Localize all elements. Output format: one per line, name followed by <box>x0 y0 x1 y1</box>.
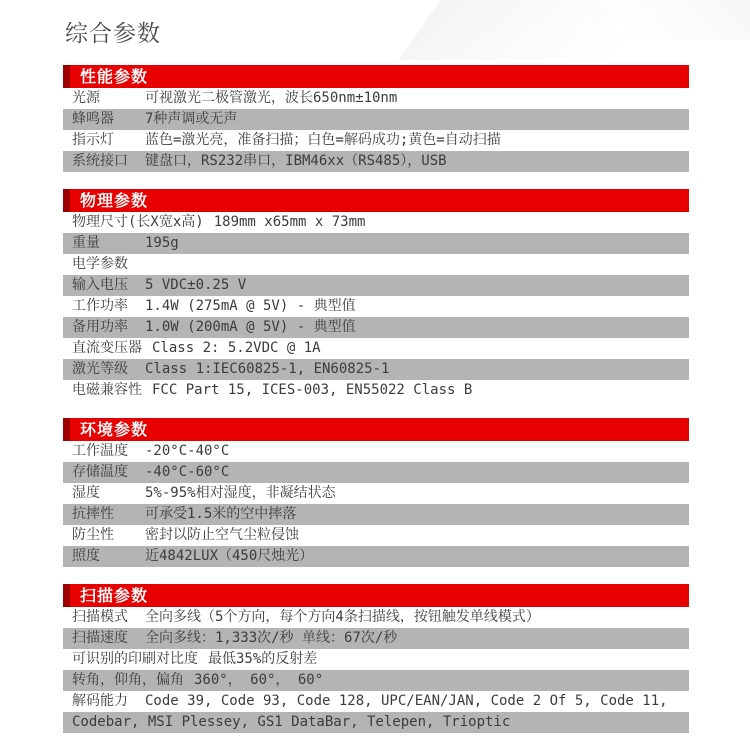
spec-label: 电磁兼容性 <box>72 380 152 401</box>
spec-value: Class 1:IEC60825-1, EN60825-1 <box>145 359 389 380</box>
spec-row: 输入电压 5 VDC±0.25 V <box>63 275 689 296</box>
spec-label: 解码能力 <box>72 691 145 712</box>
spec-label: 工作功率 <box>72 296 145 317</box>
section-header-environment: 环境参数 <box>63 418 689 441</box>
spec-row: 存储温度 -40°C-60°C <box>63 462 689 483</box>
spec-row: 备用功率 1.0W (200mA @ 5V) - 典型值 <box>63 317 689 338</box>
spec-value: 密封以防止空气尘粒侵蚀 <box>145 525 299 546</box>
spec-value: 全向多线：1,333次/秒 单线：67次/秒 <box>145 628 397 649</box>
spec-value: 键盘口，RS232串口，IBM46xx（RS485），USB <box>145 151 447 172</box>
spec-label: 物理尺寸(长X宽x高) <box>72 212 214 233</box>
section-header-physical: 物理参数 <box>63 189 689 212</box>
spec-row: 蜂鸣器 7种声调或无声 <box>63 109 689 130</box>
spec-row: 电磁兼容性 FCC Part 15, ICES-003, EN55022 Cla… <box>63 380 689 401</box>
spec-row: 转角，仰角，偏角 360°， 60°， 60° <box>63 670 689 691</box>
spec-value: -40°C-60°C <box>145 462 229 483</box>
spec-value: 5%-95%相对湿度，非凝结状态 <box>145 483 336 504</box>
spec-value: 5 VDC±0.25 V <box>145 275 246 296</box>
spec-row: 湿度 5%-95%相对湿度，非凝结状态 <box>63 483 689 504</box>
spec-value: 1.4W (275mA @ 5V) - 典型值 <box>145 296 356 317</box>
spec-row: 工作温度 -20°C-40°C <box>63 441 689 462</box>
spec-row: 防尘性 密封以防止空气尘粒侵蚀 <box>63 525 689 546</box>
spec-label: 激光等级 <box>72 359 145 380</box>
spec-value: 360°， 60°， 60° <box>194 670 323 691</box>
spec-label: 扫描模式 <box>72 607 145 628</box>
spec-value: 蓝色=激光亮，准备扫描；白色=解码成功;黄色=自动扫描 <box>145 130 501 151</box>
spec-value: Code 39, Code 93, Code 128, UPC/EAN/JAN,… <box>145 691 668 712</box>
spec-row: 抗摔性 可承受1.5米的空中摔落 <box>63 504 689 525</box>
spec-row: 重量 195g <box>63 233 689 254</box>
section-performance: 性能参数 光源 可视激光二极管激光，波长650nm±10nm 蜂鸣器 7种声调或… <box>63 65 689 172</box>
spec-label: 抗摔性 <box>72 504 145 525</box>
spec-label: 备用功率 <box>72 317 145 338</box>
section-physical: 物理参数 物理尺寸(长X宽x高) 189mm x65mm x 73mm 重量 1… <box>63 189 689 401</box>
spec-value: 1.0W (200mA @ 5V) - 典型值 <box>145 317 356 338</box>
spec-value: 最低35%的反射差 <box>208 649 317 670</box>
section-header-scanning: 扫描参数 <box>63 584 689 607</box>
spec-row-continuation: Codebar, MSI Plessey, GS1 DataBar, Telep… <box>63 712 689 733</box>
spec-label: 湿度 <box>72 483 145 504</box>
spec-label: 输入电压 <box>72 275 145 296</box>
spec-row: 扫描速度 全向多线：1,333次/秒 单线：67次/秒 <box>63 628 689 649</box>
spec-label: 系统接口 <box>72 151 145 172</box>
spec-value: -20°C-40°C <box>145 441 229 462</box>
spec-row: 照度 近4842LUX（450尺烛光） <box>63 546 689 567</box>
spec-sheet: 综合参数 性能参数 光源 可视激光二极管激光，波长650nm±10nm 蜂鸣器 … <box>63 0 689 733</box>
spec-label: 存储温度 <box>72 462 145 483</box>
spec-value: 195g <box>145 233 179 254</box>
spec-label: 指示灯 <box>72 130 145 151</box>
section-scanning: 扫描参数 扫描模式 全向多线（5个方向，每个方向4条扫描线，按钮触发单线模式） … <box>63 584 689 733</box>
spec-value: 可承受1.5米的空中摔落 <box>145 504 296 525</box>
spec-label: 光源 <box>72 88 145 109</box>
spec-label: 电学参数 <box>72 254 145 275</box>
section-header-performance: 性能参数 <box>63 65 689 88</box>
spec-label: 直流变压器 <box>72 338 152 359</box>
spec-label: 工作温度 <box>72 441 145 462</box>
spec-row: 扫描模式 全向多线（5个方向，每个方向4条扫描线，按钮触发单线模式） <box>63 607 689 628</box>
page-title: 综合参数 <box>65 15 689 48</box>
spec-row: 解码能力 Code 39, Code 93, Code 128, UPC/EAN… <box>63 691 689 712</box>
spec-value: 近4842LUX（450尺烛光） <box>145 546 313 567</box>
spec-value: Class 2: 5.2VDC @ 1A <box>152 338 321 359</box>
spec-label: 重量 <box>72 233 145 254</box>
spec-label: 照度 <box>72 546 145 567</box>
spec-value: Codebar, MSI Plessey, GS1 DataBar, Telep… <box>72 712 510 733</box>
spec-label: 可识别的印刷对比度 <box>72 649 208 670</box>
spec-row: 光源 可视激光二极管激光，波长650nm±10nm <box>63 88 689 109</box>
spec-value: 7种声调或无声 <box>145 109 237 130</box>
spec-row: 电学参数 <box>63 254 689 275</box>
spec-value: 可视激光二极管激光，波长650nm±10nm <box>145 88 397 109</box>
spec-row: 直流变压器 Class 2: 5.2VDC @ 1A <box>63 338 689 359</box>
spec-label: 防尘性 <box>72 525 145 546</box>
spec-row: 工作功率 1.4W (275mA @ 5V) - 典型值 <box>63 296 689 317</box>
spec-row: 激光等级 Class 1:IEC60825-1, EN60825-1 <box>63 359 689 380</box>
spec-value: FCC Part 15, ICES-003, EN55022 Class B <box>152 380 472 401</box>
spec-row: 可识别的印刷对比度 最低35%的反射差 <box>63 649 689 670</box>
spec-row: 物理尺寸(长X宽x高) 189mm x65mm x 73mm <box>63 212 689 233</box>
spec-label: 转角，仰角，偏角 <box>72 670 194 691</box>
spec-row: 系统接口 键盘口，RS232串口，IBM46xx（RS485），USB <box>63 151 689 172</box>
spec-value: 全向多线（5个方向，每个方向4条扫描线，按钮触发单线模式） <box>145 607 540 628</box>
section-environment: 环境参数 工作温度 -20°C-40°C 存储温度 -40°C-60°C 湿度 … <box>63 418 689 567</box>
spec-row: 指示灯 蓝色=激光亮，准备扫描；白色=解码成功;黄色=自动扫描 <box>63 130 689 151</box>
spec-label: 蜂鸣器 <box>72 109 145 130</box>
spec-value: 189mm x65mm x 73mm <box>214 212 366 233</box>
spec-label: 扫描速度 <box>72 628 145 649</box>
